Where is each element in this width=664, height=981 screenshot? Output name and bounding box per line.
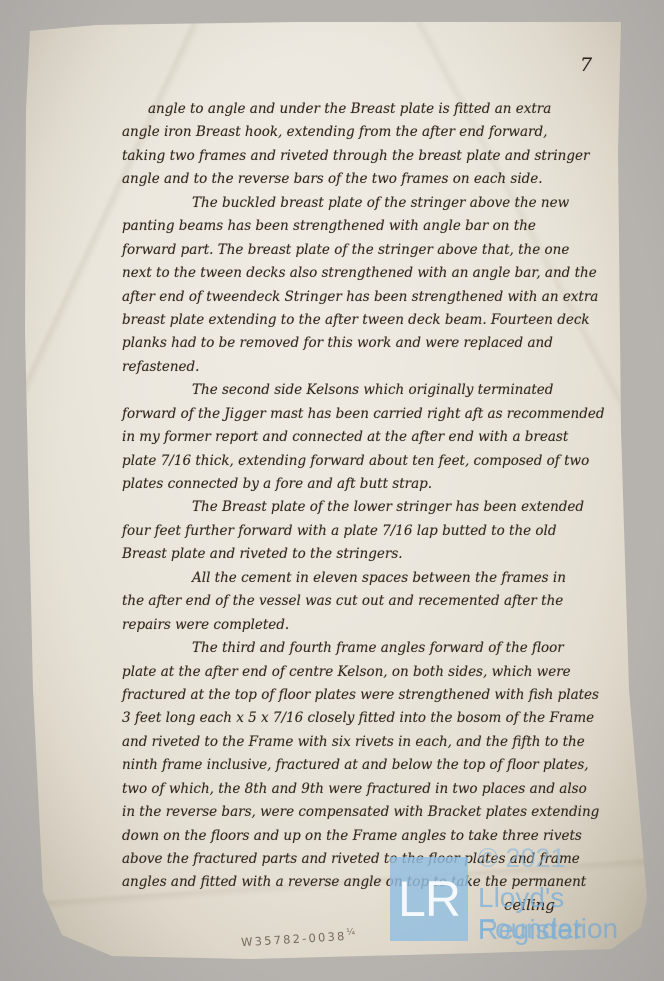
- manuscript-line: above the fractured parts and riveted to…: [122, 848, 614, 871]
- manuscript-line: ninth frame inclusive, fractured at and …: [122, 754, 614, 777]
- manuscript-line: All the cement in eleven spaces between …: [122, 567, 614, 590]
- manuscript-line: next to the tween decks also strengthene…: [122, 262, 614, 285]
- manuscript-line: taking two frames and riveted through th…: [122, 145, 614, 168]
- manuscript-line: The third and fourth frame angles forwar…: [122, 637, 614, 660]
- manuscript-line: four feet further forward with a plate 7…: [122, 520, 614, 543]
- manuscript-line: panting beams has been strengthened with…: [122, 215, 614, 238]
- manuscript-line: forward of the Jigger mast has been carr…: [122, 403, 614, 426]
- manuscript-line: breast plate extending to the after twee…: [122, 309, 614, 332]
- manuscript-line: forward part. The breast plate of the st…: [122, 239, 614, 262]
- archive-reference-fraction: ¼: [346, 928, 355, 939]
- manuscript-line: Breast plate and riveted to the stringer…: [122, 543, 614, 566]
- archive-reference-number: W35782-0038¼: [241, 928, 356, 950]
- manuscript-line: The buckled breast plate of the stringer…: [122, 192, 614, 215]
- manuscript-line: angle iron Breast hook, extending from t…: [122, 121, 614, 144]
- manuscript-line: down on the floors and up on the Frame a…: [122, 825, 614, 848]
- catchword: ceiling: [504, 896, 555, 914]
- manuscript-line: fractured at the top of floor plates wer…: [122, 684, 614, 707]
- paper-sheet: 7 angle to angle and under the Breast pl…: [0, 0, 664, 981]
- manuscript-line: the after end of the vessel was cut out …: [122, 590, 614, 613]
- manuscript-line: 3 feet long each x 5 x 7/16 closely fitt…: [122, 707, 614, 730]
- page-number: 7: [580, 54, 592, 76]
- manuscript-line: The Breast plate of the lower stringer h…: [122, 496, 614, 519]
- manuscript-line: plate at the after end of centre Kelson,…: [122, 661, 614, 684]
- manuscript-line: repairs were completed.: [122, 614, 614, 637]
- manuscript-line: after end of tweendeck Stringer has been…: [122, 286, 614, 309]
- manuscript-line: angles and fitted with a reverse angle o…: [122, 871, 614, 894]
- manuscript-line: plates connected by a fore and aft butt …: [122, 473, 614, 496]
- manuscript-line: planks had to be removed for this work a…: [122, 332, 614, 355]
- manuscript-line: refastened.: [122, 356, 614, 379]
- archive-reference-base: W35782-0038: [241, 929, 347, 949]
- manuscript-line: two of which, the 8th and 9th were fract…: [122, 778, 614, 801]
- manuscript-line: The second side Kelsons which originally…: [122, 379, 614, 402]
- manuscript-line: in my former report and connected at the…: [122, 426, 614, 449]
- manuscript-line: and riveted to the Frame with six rivets…: [122, 731, 614, 754]
- manuscript-line: angle and to the reverse bars of the two…: [122, 168, 614, 191]
- document-scan: 7 angle to angle and under the Breast pl…: [0, 0, 664, 981]
- manuscript-line: in the reverse bars, were compensated wi…: [122, 801, 614, 824]
- manuscript-line: angle to angle and under the Breast plat…: [122, 98, 614, 121]
- manuscript-text: angle to angle and under the Breast plat…: [122, 98, 614, 895]
- manuscript-line: plate 7/16 thick, extending forward abou…: [122, 450, 614, 473]
